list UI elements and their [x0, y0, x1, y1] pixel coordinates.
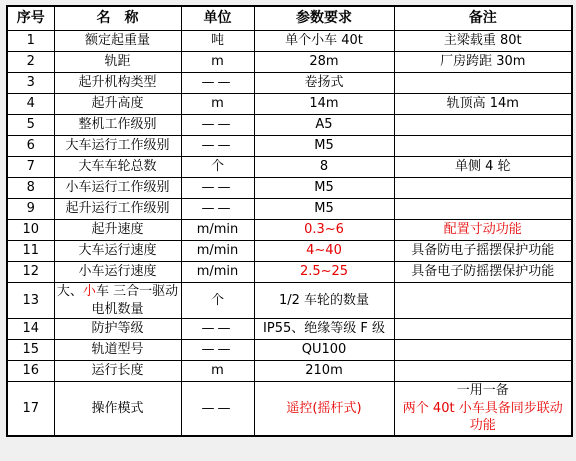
cell-name: 大车运行速度 [54, 241, 181, 262]
cell-remark [394, 136, 572, 157]
cell-unit: —— [181, 178, 254, 199]
table-row: 10起升速度m/min0.3~6配置寸动功能 [7, 220, 572, 241]
table-row: 11大车运行速度m/min4~40具备防电子摇摆保护功能 [7, 241, 572, 262]
cell-param: 8 [254, 157, 394, 178]
cell-remark: 厂房跨距 30m [394, 52, 572, 73]
cell-unit: m/min [181, 262, 254, 283]
cell-remark [394, 73, 572, 94]
cell-no: 14 [7, 319, 54, 340]
cell-unit: —— [181, 319, 254, 340]
table-body: 1额定起重量吨单个小车 40t主梁载重 80t2轨距m28m厂房跨距 30m3起… [7, 31, 572, 436]
table-row: 1额定起重量吨单个小车 40t主梁载重 80t [7, 31, 572, 52]
table-row: 15轨道型号——QU100 [7, 340, 572, 361]
cell-unit: —— [181, 199, 254, 220]
cell-no: 16 [7, 361, 54, 382]
header-name: 名 称 [54, 6, 181, 31]
cell-remark: 单侧 4 轮 [394, 157, 572, 178]
highlighted-text: 4~40 [306, 243, 342, 258]
cell-param: 1/2 车轮的数量 [254, 283, 394, 319]
cell-param: 28m [254, 52, 394, 73]
cell-no: 13 [7, 283, 54, 319]
cell-name: 小车运行工作级别 [54, 178, 181, 199]
cell-param: M5 [254, 136, 394, 157]
cell-param: 14m [254, 94, 394, 115]
cell-unit: m [181, 52, 254, 73]
cell-unit: m/min [181, 241, 254, 262]
cell-remark: 一用一备两个 40t 小车具备同步联动功能 [394, 382, 572, 436]
cell-text: 车 三合一驱动电机数量 [91, 284, 178, 317]
cell-remark [394, 361, 572, 382]
cell-name: 运行长度 [54, 361, 181, 382]
cell-no: 15 [7, 340, 54, 361]
header-no: 序号 [7, 6, 54, 31]
cell-remark: 具备电子防摇摆保护功能 [394, 262, 572, 283]
cell-remark [394, 283, 572, 319]
cell-remark [394, 178, 572, 199]
cell-name: 起升机构类型 [54, 73, 181, 94]
table-row: 7大车车轮总数个8单侧 4 轮 [7, 157, 572, 178]
cell-remark [394, 340, 572, 361]
cell-name: 防护等级 [54, 319, 181, 340]
highlighted-text: 两个 40t 小车具备同步联动功能 [403, 401, 563, 434]
cell-unit: m/min [181, 220, 254, 241]
cell-no: 6 [7, 136, 54, 157]
cell-name: 轨距 [54, 52, 181, 73]
crane-spec-table: 序号 名 称 单位 参数要求 备注 1额定起重量吨单个小车 40t主梁载重 80… [6, 5, 573, 437]
table-row: 6大车运行工作级别——M5 [7, 136, 572, 157]
cell-remark: 配置寸动功能 [394, 220, 572, 241]
cell-param: M5 [254, 178, 394, 199]
cell-no: 9 [7, 199, 54, 220]
cell-unit: 个 [181, 157, 254, 178]
cell-param: 0.3~6 [254, 220, 394, 241]
cell-text: 一用一备 [457, 383, 509, 398]
cell-name: 操作模式 [54, 382, 181, 436]
table-header: 序号 名 称 单位 参数要求 备注 [7, 6, 572, 31]
cell-remark [394, 319, 572, 340]
cell-param: 遥控(摇杆式) [254, 382, 394, 436]
cell-param: 2.5~25 [254, 262, 394, 283]
cell-name: 大、小车 三合一驱动电机数量 [54, 283, 181, 319]
cell-no: 5 [7, 115, 54, 136]
table-row: 13大、小车 三合一驱动电机数量个1/2 车轮的数量 [7, 283, 572, 319]
header-remark: 备注 [394, 6, 572, 31]
cell-text: 大、 [57, 284, 83, 299]
cell-unit: 吨 [181, 31, 254, 52]
cell-param: A5 [254, 115, 394, 136]
cell-remark: 主梁载重 80t [394, 31, 572, 52]
cell-name: 整机工作级别 [54, 115, 181, 136]
cell-no: 1 [7, 31, 54, 52]
cell-remark: 具备防电子摇摆保护功能 [394, 241, 572, 262]
highlighted-text: 2.5~25 [300, 264, 348, 279]
cell-name: 小车运行速度 [54, 262, 181, 283]
cell-name: 额定起重量 [54, 31, 181, 52]
cell-name: 起升高度 [54, 94, 181, 115]
cell-no: 2 [7, 52, 54, 73]
cell-unit: 个 [181, 283, 254, 319]
table-row: 9起升运行工作级别——M5 [7, 199, 572, 220]
cell-no: 8 [7, 178, 54, 199]
table-row: 12小车运行速度m/min2.5~25具备电子防摇摆保护功能 [7, 262, 572, 283]
cell-unit: —— [181, 136, 254, 157]
cell-remark [394, 199, 572, 220]
cell-remark [394, 115, 572, 136]
cell-name: 轨道型号 [54, 340, 181, 361]
highlighted-text: 0.3~6 [304, 222, 344, 237]
cell-unit: —— [181, 73, 254, 94]
cell-no: 10 [7, 220, 54, 241]
cell-param: 单个小车 40t [254, 31, 394, 52]
cell-unit: —— [181, 115, 254, 136]
cell-name: 大车运行工作级别 [54, 136, 181, 157]
cell-unit: —— [181, 382, 254, 436]
cell-no: 3 [7, 73, 54, 94]
highlighted-text: 小 [83, 284, 96, 299]
highlighted-text: 遥控(摇杆式) [286, 401, 361, 416]
cell-remark: 轨顶高 14m [394, 94, 572, 115]
table-row: 8小车运行工作级别——M5 [7, 178, 572, 199]
cell-param: 4~40 [254, 241, 394, 262]
cell-no: 11 [7, 241, 54, 262]
highlighted-text: 配置寸动功能 [444, 222, 522, 237]
cell-param: 卷扬式 [254, 73, 394, 94]
cell-no: 17 [7, 382, 54, 436]
header-unit: 单位 [181, 6, 254, 31]
table-row: 17操作模式——遥控(摇杆式)一用一备两个 40t 小车具备同步联动功能 [7, 382, 572, 436]
cell-unit: m [181, 361, 254, 382]
table-row: 14防护等级——IP55、绝缘等级 F 级 [7, 319, 572, 340]
cell-name: 起升速度 [54, 220, 181, 241]
table-row: 4起升高度m14m轨顶高 14m [7, 94, 572, 115]
cell-unit: —— [181, 340, 254, 361]
cell-name: 大车车轮总数 [54, 157, 181, 178]
spreadsheet-area: 序号 名 称 单位 参数要求 备注 1额定起重量吨单个小车 40t主梁载重 80… [6, 5, 573, 437]
table-row: 5整机工作级别——A5 [7, 115, 572, 136]
cell-no: 7 [7, 157, 54, 178]
cell-param: 210m [254, 361, 394, 382]
header-row: 序号 名 称 单位 参数要求 备注 [7, 6, 572, 31]
table-row: 3起升机构类型——卷扬式 [7, 73, 572, 94]
cell-param: M5 [254, 199, 394, 220]
header-param: 参数要求 [254, 6, 394, 31]
table-row: 2轨距m28m厂房跨距 30m [7, 52, 572, 73]
cell-unit: m [181, 94, 254, 115]
cell-param: IP55、绝缘等级 F 级 [254, 319, 394, 340]
cell-no: 12 [7, 262, 54, 283]
cell-name: 起升运行工作级别 [54, 199, 181, 220]
cell-no: 4 [7, 94, 54, 115]
cell-param: QU100 [254, 340, 394, 361]
table-row: 16运行长度m210m [7, 361, 572, 382]
